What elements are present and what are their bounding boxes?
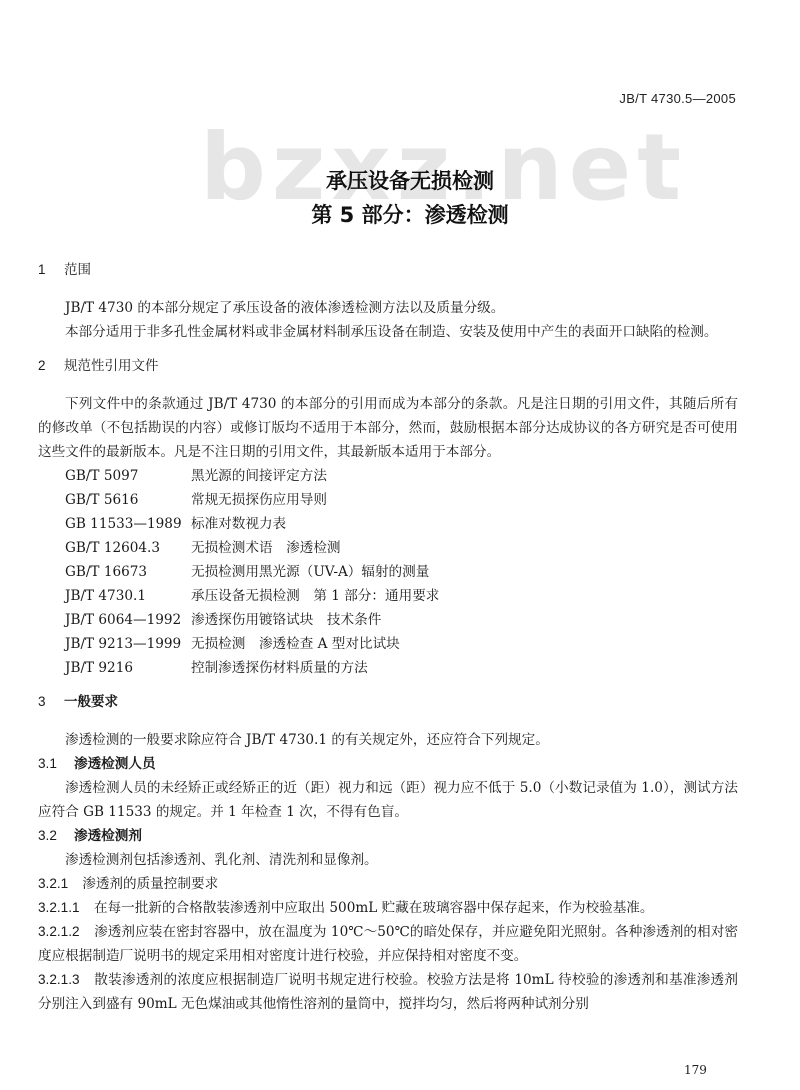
- clause-3-2-1-3: 3.2.1.3散装渗透剂的浓度应根据制造厂说明书规定进行校验。校验方法是将 10…: [38, 968, 738, 1016]
- reference-code: GB/T 12604.3: [65, 536, 191, 560]
- reference-row: JB/T 4730.1 承压设备无损检测 第 1 部分：通用要求: [65, 584, 439, 608]
- section-1-heading: 1范围: [38, 258, 738, 282]
- reference-title: 承压设备无损检测 第 1 部分：通用要求: [191, 584, 439, 608]
- document-body: 1范围 JB/T 4730 的本部分规定了承压设备的液体渗透检测方法以及质量分级…: [38, 258, 738, 1016]
- reference-code: JB/T 4730.1: [65, 584, 191, 608]
- reference-code: GB/T 5097: [65, 464, 191, 488]
- section-3-2-1-heading: 3.2.1渗透剂的质量控制要求: [38, 872, 738, 896]
- clause-number: 3.2.1.3: [38, 968, 86, 992]
- paragraph: 本部分适用于非多孔性金属材料或非金属材料制承压设备在制造、安装及使用中产生的表面…: [38, 320, 738, 344]
- spacer: [38, 344, 738, 354]
- clause-text: 散装渗透剂的浓度应根据制造厂说明书规定进行校验。校验方法是将 10mL 待校验的…: [38, 972, 738, 1012]
- paragraph: 渗透检测人员的未经矫正或经矫正的近（距）视力和远（距）视力应不低于 5.0（小数…: [38, 776, 738, 824]
- reference-title: 常规无损探伤应用导则: [191, 488, 439, 512]
- clause-number: 3.2.1.2: [38, 920, 86, 944]
- clause-text: 渗透剂应装在密封容器中，放在温度为 10℃～50℃的暗处保存，并应避免阳光照射。…: [38, 924, 738, 964]
- section-title: 渗透剂的质量控制要求: [82, 876, 218, 892]
- reference-row: GB/T 5097 黑光源的间接评定方法: [65, 464, 439, 488]
- section-title: 范围: [64, 262, 91, 278]
- paragraph: 渗透检测的一般要求除应符合 JB/T 4730.1 的有关规定外，还应符合下列规…: [38, 728, 738, 752]
- section-number: 3: [38, 690, 64, 714]
- section-number: 3.2: [38, 824, 74, 848]
- reference-row: GB/T 5616 常规无损探伤应用导则: [65, 488, 439, 512]
- section-3-2-heading: 3.2渗透检测剂: [38, 824, 738, 848]
- section-title: 一般要求: [64, 694, 118, 710]
- paragraph: 下列文件中的条款通过 JB/T 4730 的本部分的引用而成为本部分的条款。凡是…: [38, 392, 738, 464]
- reference-title: 无损检测用黑光源（UV-A）辐射的测量: [191, 560, 439, 584]
- title-block: 承压设备无损检测 第 5 部分：渗透检测: [0, 164, 800, 232]
- paragraph: 渗透检测剂包括渗透剂、乳化剂、清洗剂和显像剂。: [38, 848, 738, 872]
- reference-code: GB/T 16673: [65, 560, 191, 584]
- section-number: 2: [38, 354, 64, 378]
- reference-title: 控制渗透探伤材料质量的方法: [191, 656, 439, 680]
- section-number: 3.2.1: [38, 872, 68, 896]
- section-number: 3.1: [38, 752, 74, 776]
- reference-title: 渗透探伤用镀铬试块 技术条件: [191, 608, 439, 632]
- reference-code: GB 11533—1989: [65, 512, 191, 536]
- clause-3-2-1-2: 3.2.1.2渗透剂应装在密封容器中，放在温度为 10℃～50℃的暗处保存，并应…: [38, 920, 738, 968]
- spacer: [38, 378, 738, 392]
- section-2-heading: 2规范性引用文件: [38, 354, 738, 378]
- title-part: 第 5 部分：渗透检测: [20, 198, 800, 232]
- reference-code: JB/T 9216: [65, 656, 191, 680]
- spacer: [38, 282, 738, 296]
- reference-title: 黑光源的间接评定方法: [191, 464, 439, 488]
- standard-code: JB/T 4730.5—2005: [619, 91, 736, 106]
- page-number: 179: [684, 1063, 707, 1077]
- title-main: 承压设备无损检测: [20, 164, 800, 198]
- reference-title: 标准对数视力表: [191, 512, 439, 536]
- reference-title: 无损检测 渗透检查 A 型对比试块: [191, 632, 439, 656]
- reference-row: JB/T 6064—1992 渗透探伤用镀铬试块 技术条件: [65, 608, 439, 632]
- spacer: [38, 714, 738, 728]
- reference-title: 无损检测术语 渗透检测: [191, 536, 439, 560]
- clause-text: 在每一批新的合格散装渗透剂中应取出 500mL 贮藏在玻璃容器中保存起来，作为校…: [94, 900, 653, 916]
- reference-code: JB/T 9213—1999: [65, 632, 191, 656]
- section-title: 规范性引用文件: [64, 358, 159, 374]
- reference-row: GB/T 12604.3 无损检测术语 渗透检测: [65, 536, 439, 560]
- section-number: 1: [38, 258, 64, 282]
- section-title: 渗透检测人员: [74, 756, 156, 772]
- section-3-1-heading: 3.1渗透检测人员: [38, 752, 738, 776]
- section-title: 渗透检测剂: [74, 828, 142, 844]
- reference-row: JB/T 9216 控制渗透探伤材料质量的方法: [65, 656, 439, 680]
- reference-code: GB/T 5616: [65, 488, 191, 512]
- reference-row: GB/T 16673 无损检测用黑光源（UV-A）辐射的测量: [65, 560, 439, 584]
- paragraph: JB/T 4730 的本部分规定了承压设备的液体渗透检测方法以及质量分级。: [38, 296, 738, 320]
- reference-code: JB/T 6064—1992: [65, 608, 191, 632]
- section-3-heading: 3一般要求: [38, 690, 738, 714]
- clause-3-2-1-1: 3.2.1.1在每一批新的合格散装渗透剂中应取出 500mL 贮藏在玻璃容器中保…: [38, 896, 738, 920]
- spacer: [38, 680, 738, 690]
- reference-list: GB/T 5097 黑光源的间接评定方法 GB/T 5616 常规无损探伤应用导…: [65, 464, 439, 680]
- clause-number: 3.2.1.1: [38, 896, 86, 920]
- reference-row: GB 11533—1989 标准对数视力表: [65, 512, 439, 536]
- reference-row: JB/T 9213—1999 无损检测 渗透检查 A 型对比试块: [65, 632, 439, 656]
